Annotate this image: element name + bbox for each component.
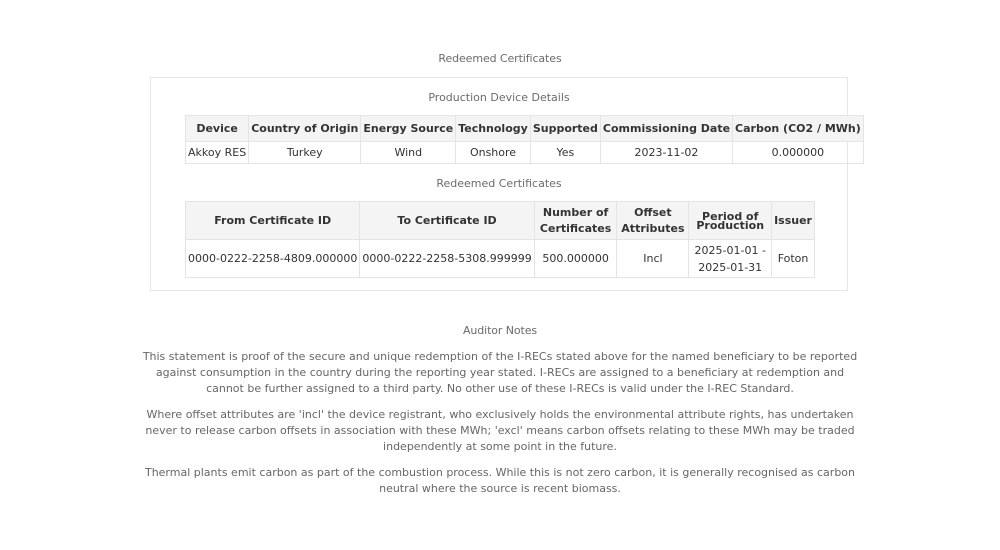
col-supported: Supported — [530, 116, 600, 142]
auditor-notes-title: Auditor Notes — [0, 324, 1000, 337]
auditor-note-paragraph: This statement is proof of the secure an… — [140, 349, 860, 397]
col-carbon: Carbon (CO2 / MWh) — [733, 116, 864, 142]
cell-to-certificate-id: 0000-0222-2258-5308.999999 — [360, 240, 534, 278]
col-device: Device — [186, 116, 249, 142]
table-row: Akkoy RES Turkey Wind Onshore Yes 2023-1… — [186, 142, 864, 164]
table-header-row: Device Country of Origin Energy Source T… — [186, 116, 864, 142]
table-row: 0000-0222-2258-4809.000000 0000-0222-225… — [186, 240, 815, 278]
col-period-of-production: Period of Production — [689, 202, 772, 240]
cell-energy-source: Wind — [361, 142, 456, 164]
cell-country: Turkey — [249, 142, 361, 164]
cell-technology: Onshore — [456, 142, 531, 164]
redemption-statement-page: Redeemed Certificates Production Device … — [0, 0, 1000, 550]
auditor-note-paragraph: Where offset attributes are 'incl' the d… — [140, 407, 860, 455]
col-commissioning-date: Commissioning Date — [600, 116, 732, 142]
auditor-note-paragraph: Thermal plants emit carbon as part of th… — [140, 465, 860, 497]
cell-offset-attributes: Incl — [617, 240, 689, 278]
page-title: Redeemed Certificates — [0, 52, 1000, 65]
col-technology: Technology — [456, 116, 531, 142]
cell-supported: Yes — [530, 142, 600, 164]
cell-from-certificate-id: 0000-0222-2258-4809.000000 — [186, 240, 360, 278]
cell-period-of-production: 2025-01-01 - 2025-01-31 — [689, 240, 772, 278]
col-offset-attributes: Offset Attributes — [617, 202, 689, 240]
cell-number-of-certificates: 500.000000 — [534, 240, 617, 278]
col-country: Country of Origin — [249, 116, 361, 142]
period-end: 2025-01-31 — [691, 259, 769, 276]
period-start: 2025-01-01 - — [691, 242, 769, 259]
redeemed-certificates-table: From Certificate ID To Certificate ID Nu… — [185, 201, 815, 278]
certificates-section-title: Redeemed Certificates — [151, 177, 847, 190]
device-details-table: Device Country of Origin Energy Source T… — [185, 115, 864, 164]
certificate-details-box: Production Device Details Device Country… — [150, 77, 848, 291]
cell-carbon: 0.000000 — [733, 142, 864, 164]
col-issuer: Issuer — [772, 202, 815, 240]
col-number-of-certificates: Number of Certificates — [534, 202, 617, 240]
device-section-title: Production Device Details — [151, 91, 847, 104]
cell-issuer: Foton — [772, 240, 815, 278]
col-from-certificate-id: From Certificate ID — [186, 202, 360, 240]
cell-device: Akkoy RES — [186, 142, 249, 164]
col-to-certificate-id: To Certificate ID — [360, 202, 534, 240]
col-energy-source: Energy Source — [361, 116, 456, 142]
cell-commissioning-date: 2023-11-02 — [600, 142, 732, 164]
table-header-row: From Certificate ID To Certificate ID Nu… — [186, 202, 815, 240]
